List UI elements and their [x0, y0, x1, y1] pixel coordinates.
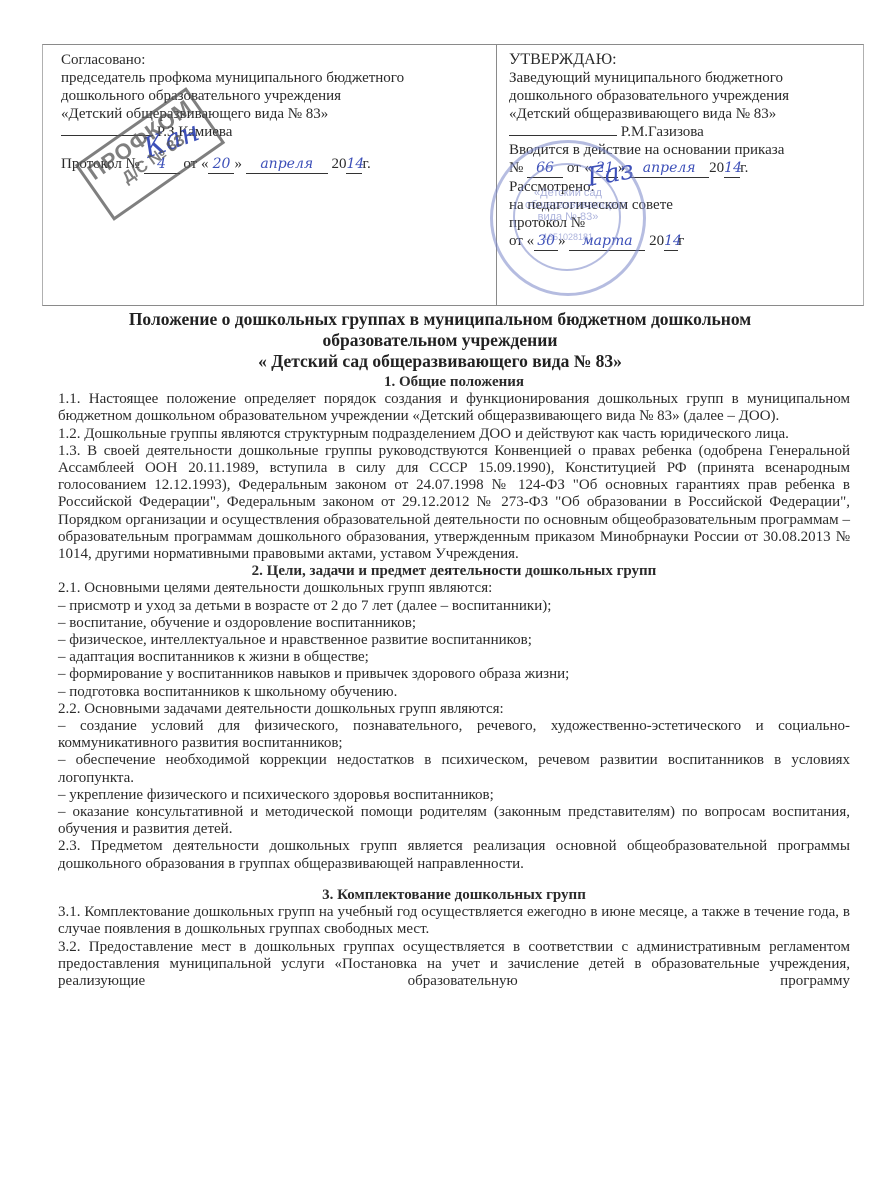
approved-signer: Р.М.Газизова	[621, 124, 704, 140]
approved-line-1: Заведующий муниципального бюджетного	[509, 69, 853, 87]
seal-line-1: «Детский сад	[525, 187, 611, 199]
year-prefix: 20	[649, 233, 664, 249]
agreed-line-3: «Детский общеразвивающего вида № 83»	[61, 105, 486, 123]
document-page: Согласовано: председатель профкома муниц…	[0, 0, 874, 1200]
year-suffix: г.	[740, 160, 748, 176]
year-prefix: 20	[331, 156, 346, 172]
approved-line-3: «Детский общеразвивающего вида № 83»	[509, 105, 853, 123]
section-1-heading: 1. Общие положения	[58, 374, 850, 391]
year-suffix: г.	[362, 156, 370, 172]
seal-line-2: общеразвивающего	[525, 199, 611, 211]
agreed-heading: Согласовано:	[61, 51, 486, 69]
close-quote: »	[234, 156, 242, 172]
goal-item: – адаптация воспитанников к жизни в обще…	[58, 649, 850, 666]
paragraph-3-1: 3.1. Комплектование дошкольных групп на …	[58, 904, 850, 938]
seal-line-4: 1651028181	[525, 231, 611, 243]
title-line-2: образовательном учреждении	[30, 330, 850, 351]
goal-item: – воспитание, обучение и оздоровление во…	[58, 615, 850, 632]
paragraph-2-1: 2.1. Основными целями деятельности дошко…	[58, 580, 850, 597]
task-item: – укрепление физического и психического …	[58, 787, 850, 804]
document-title: Положение о дошкольных группах в муницип…	[30, 309, 850, 372]
section-3-heading: 3. Комплектование дошкольных групп	[58, 887, 850, 904]
spacer	[58, 873, 850, 887]
seal-line-3: вида № 83»	[525, 211, 611, 223]
approved-heading: УТВЕРЖДАЮ:	[509, 51, 853, 69]
section-2-heading: 2. Цели, задачи и предмет деятельности д…	[58, 563, 850, 580]
document-body: 1. Общие положения 1.1. Настоящее положе…	[58, 374, 850, 990]
year-prefix: 20	[709, 160, 724, 176]
task-item: – обеспечение необходимой коррекции недо…	[58, 752, 850, 786]
approved-signature-line: Р.М.Газизова	[509, 123, 853, 141]
protocol-month: апреля	[246, 155, 328, 174]
signature-blank	[509, 135, 617, 136]
protocol-day: 20	[208, 155, 234, 174]
task-item: – оказание консультативной и методическо…	[58, 804, 850, 838]
goal-item: – физическое, интеллектуальное и нравств…	[58, 632, 850, 649]
paragraph-2-2: 2.2. Основными задачами деятельности дош…	[58, 701, 850, 718]
round-seal-text: «Детский сад общеразвивающего вида № 83»…	[525, 187, 611, 243]
year-suffix: г	[678, 233, 684, 249]
title-line-1: Положение о дошкольных группах в муницип…	[30, 309, 850, 330]
paragraph-1-3: 1.3. В своей деятельности дошкольные гру…	[58, 443, 850, 563]
goal-item: – формирование у воспитанников навыков и…	[58, 666, 850, 683]
order-year: 14	[724, 159, 740, 178]
council-year: 14	[664, 232, 678, 251]
agreed-line-1: председатель профкома муниципального бюд…	[61, 69, 486, 87]
task-item: – создание условий для физического, позн…	[58, 718, 850, 752]
order-month: апреля	[629, 159, 709, 178]
paragraph-3-2: 3.2. Предоставление мест в дошкольных гр…	[58, 939, 850, 991]
goal-item: – подготовка воспитанников к школьному о…	[58, 684, 850, 701]
agreed-line-2: дошкольного образовательного учреждения	[61, 87, 486, 105]
round-seal: «Детский сад общеразвивающего вида № 83»…	[490, 140, 646, 296]
paragraph-1-1: 1.1. Настоящее положение определяет поря…	[58, 391, 850, 425]
approved-line-2: дошкольного образовательного учреждения	[509, 87, 853, 105]
paragraph-1-2: 1.2. Дошкольные группы являются структур…	[58, 426, 850, 443]
title-line-3: « Детский сад общеразвивающего вида № 83…	[30, 351, 850, 372]
paragraph-2-3: 2.3. Предметом деятельности дошкольных г…	[58, 838, 850, 872]
goal-item: – присмотр и уход за детьми в возрасте о…	[58, 598, 850, 615]
protocol-year: 14	[346, 155, 362, 174]
